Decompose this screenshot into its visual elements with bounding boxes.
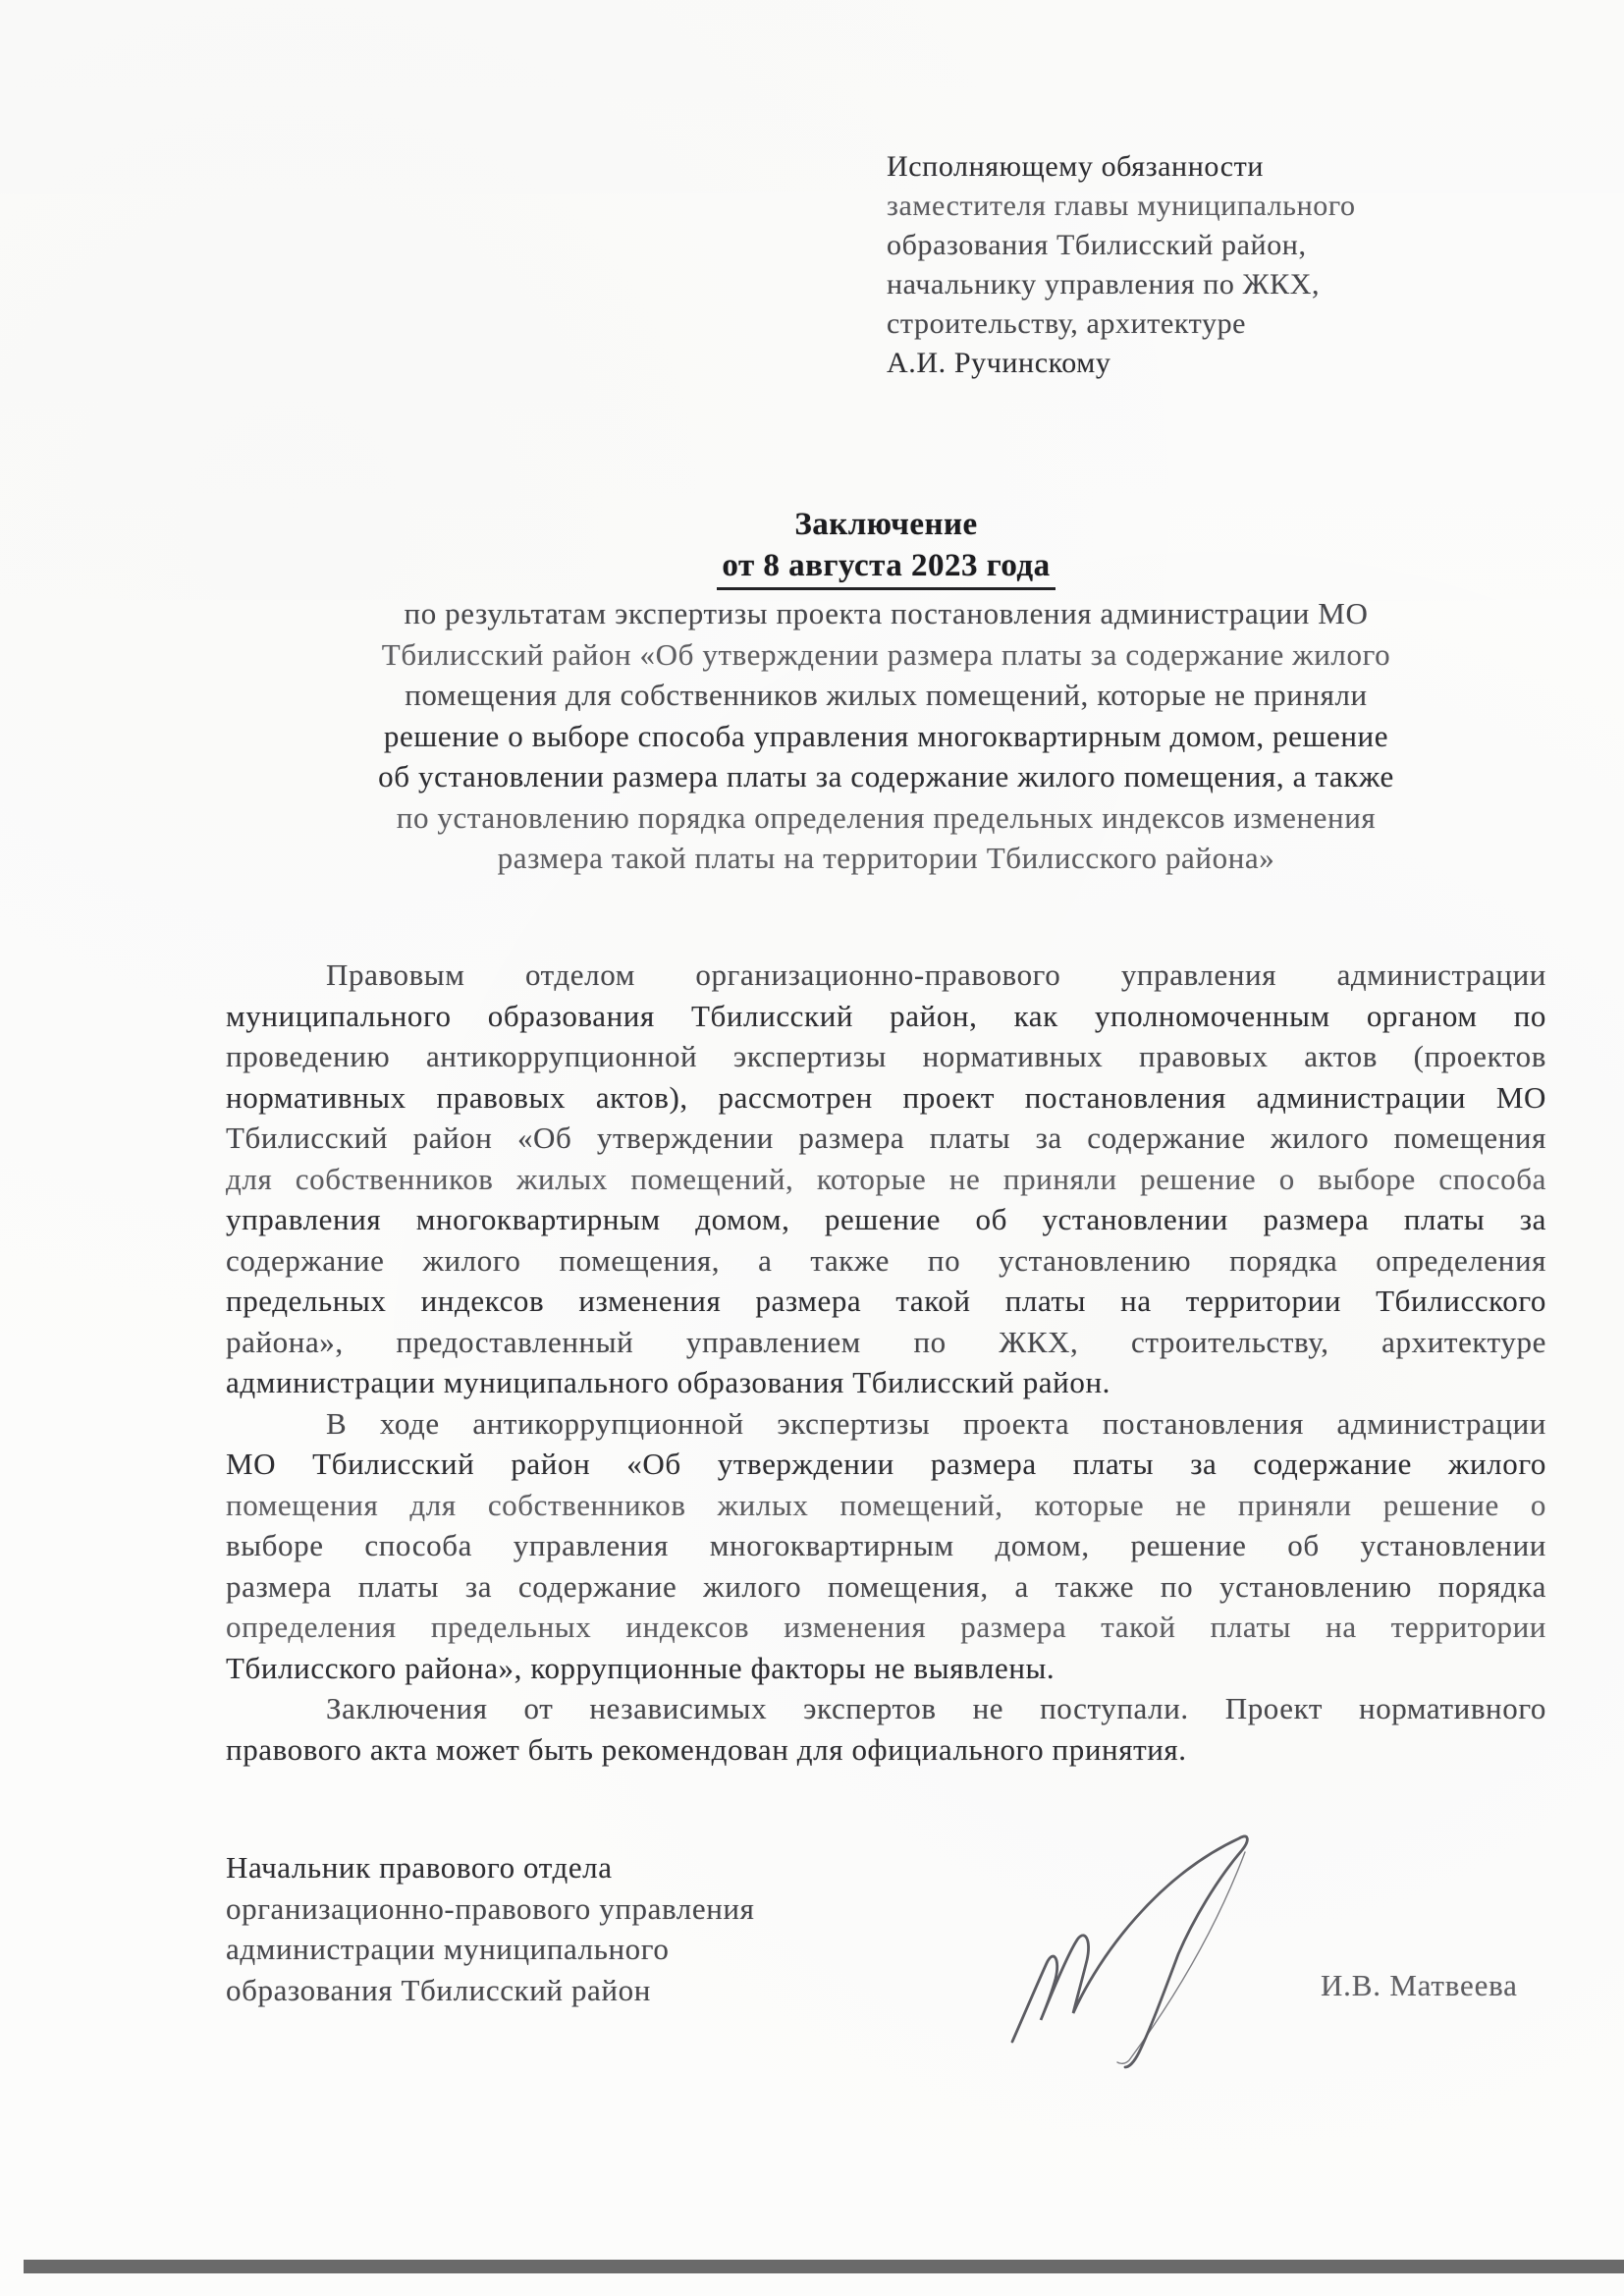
scan-edge-artifact	[24, 2260, 1624, 2273]
paragraph-line: района», предоставленный управлением по …	[226, 1322, 1546, 1363]
addressee-line: строительству, архитектуре	[887, 304, 1436, 344]
paragraph-line: администрации муниципального образования…	[226, 1362, 1546, 1403]
subject-line: Тбилисский район «Об утверждении размера…	[226, 634, 1546, 676]
paragraph-line: правового акта может быть рекомендован д…	[226, 1729, 1546, 1771]
conclusion-heading: Заключение от 8 августа 2023 года	[226, 505, 1546, 590]
paragraph-line: Тбилисского района», коррупционные факто…	[226, 1648, 1546, 1689]
paragraph-line: проведению антикоррупционной экспертизы …	[226, 1036, 1546, 1077]
paragraph-line: управления многоквартирным домом, решени…	[226, 1199, 1546, 1240]
document-date-row: от 8 августа 2023 года	[226, 546, 1546, 590]
signature-position-block: Начальник правового отдела организационн…	[226, 1847, 933, 2010]
paragraph-line: размера платы за содержание жилого помещ…	[226, 1566, 1546, 1608]
paragraph-line: предельных индексов изменения размера та…	[226, 1281, 1546, 1322]
subject-line: размера такой платы на территории Тбилис…	[226, 838, 1546, 879]
addressee-block: Исполняющему обязанности заместителя гла…	[887, 147, 1436, 383]
subject-line: решение о выборе способа управления мног…	[226, 716, 1546, 757]
paragraph-line: Правовым отделом организационно-правовог…	[226, 955, 1546, 996]
addressee-line: А.И. Ручинскому	[887, 344, 1436, 383]
handwritten-signature	[992, 1817, 1267, 2082]
paragraph-line: муниципального образования Тбилисский ра…	[226, 996, 1546, 1037]
addressee-line: заместителя главы муниципального	[887, 187, 1436, 226]
addressee-line: Исполняющему обязанности	[887, 147, 1436, 187]
paragraph-line: для собственников жилых помещений, котор…	[226, 1159, 1546, 1200]
subject-line: об установлении размера платы за содержа…	[226, 756, 1546, 797]
body-paragraph-2: В ходе антикоррупционной экспертизы прое…	[226, 1403, 1546, 1689]
scanned-document-page: Исполняющему обязанности заместителя гла…	[0, 0, 1624, 2296]
signature-position-line: Начальник правового отдела	[226, 1847, 933, 1888]
paragraph-line: определения предельных индексов изменени…	[226, 1607, 1546, 1648]
signatory-name: И.В. Матвеева	[1321, 1968, 1518, 2003]
document-title: Заключение	[226, 505, 1546, 545]
paragraph-line: Заключения от независимых экспертов не п…	[226, 1688, 1546, 1729]
paragraph-line: содержание жилого помещения, а также по …	[226, 1240, 1546, 1282]
signature-position-line: образования Тбилисский район	[226, 1970, 933, 2011]
paragraph-line: нормативных правовых актов), рассмотрен …	[226, 1077, 1546, 1119]
paragraph-line: выборе способа управления многоквартирны…	[226, 1525, 1546, 1566]
body-paragraph-3: Заключения от независимых экспертов не п…	[226, 1688, 1546, 1770]
subject-line: помещения для собственников жилых помеще…	[226, 675, 1546, 716]
addressee-line: образования Тбилисский район,	[887, 226, 1436, 265]
paragraph-line: В ходе антикоррупционной экспертизы прое…	[226, 1403, 1546, 1445]
signature-position-line: организационно-правового управления	[226, 1888, 933, 1930]
subject-line: по результатам экспертизы проекта постан…	[226, 593, 1546, 634]
addressee-line: начальнику управления по ЖКХ,	[887, 265, 1436, 304]
document-date: от 8 августа 2023 года	[717, 546, 1055, 590]
paragraph-line: МО Тбилисский район «Об утверждении разм…	[226, 1444, 1546, 1485]
body-paragraph-1: Правовым отделом организационно-правовог…	[226, 955, 1546, 1403]
subject-block: по результатам экспертизы проекта постан…	[226, 593, 1546, 879]
paragraph-line: Тбилисский район «Об утверждении размера…	[226, 1118, 1546, 1159]
paragraph-line: помещения для собственников жилых помеще…	[226, 1485, 1546, 1526]
body-text: Правовым отделом организационно-правовог…	[226, 955, 1546, 1770]
signature-position-line: администрации муниципального	[226, 1929, 933, 1970]
subject-line: по установлению порядка определения пред…	[226, 797, 1546, 839]
